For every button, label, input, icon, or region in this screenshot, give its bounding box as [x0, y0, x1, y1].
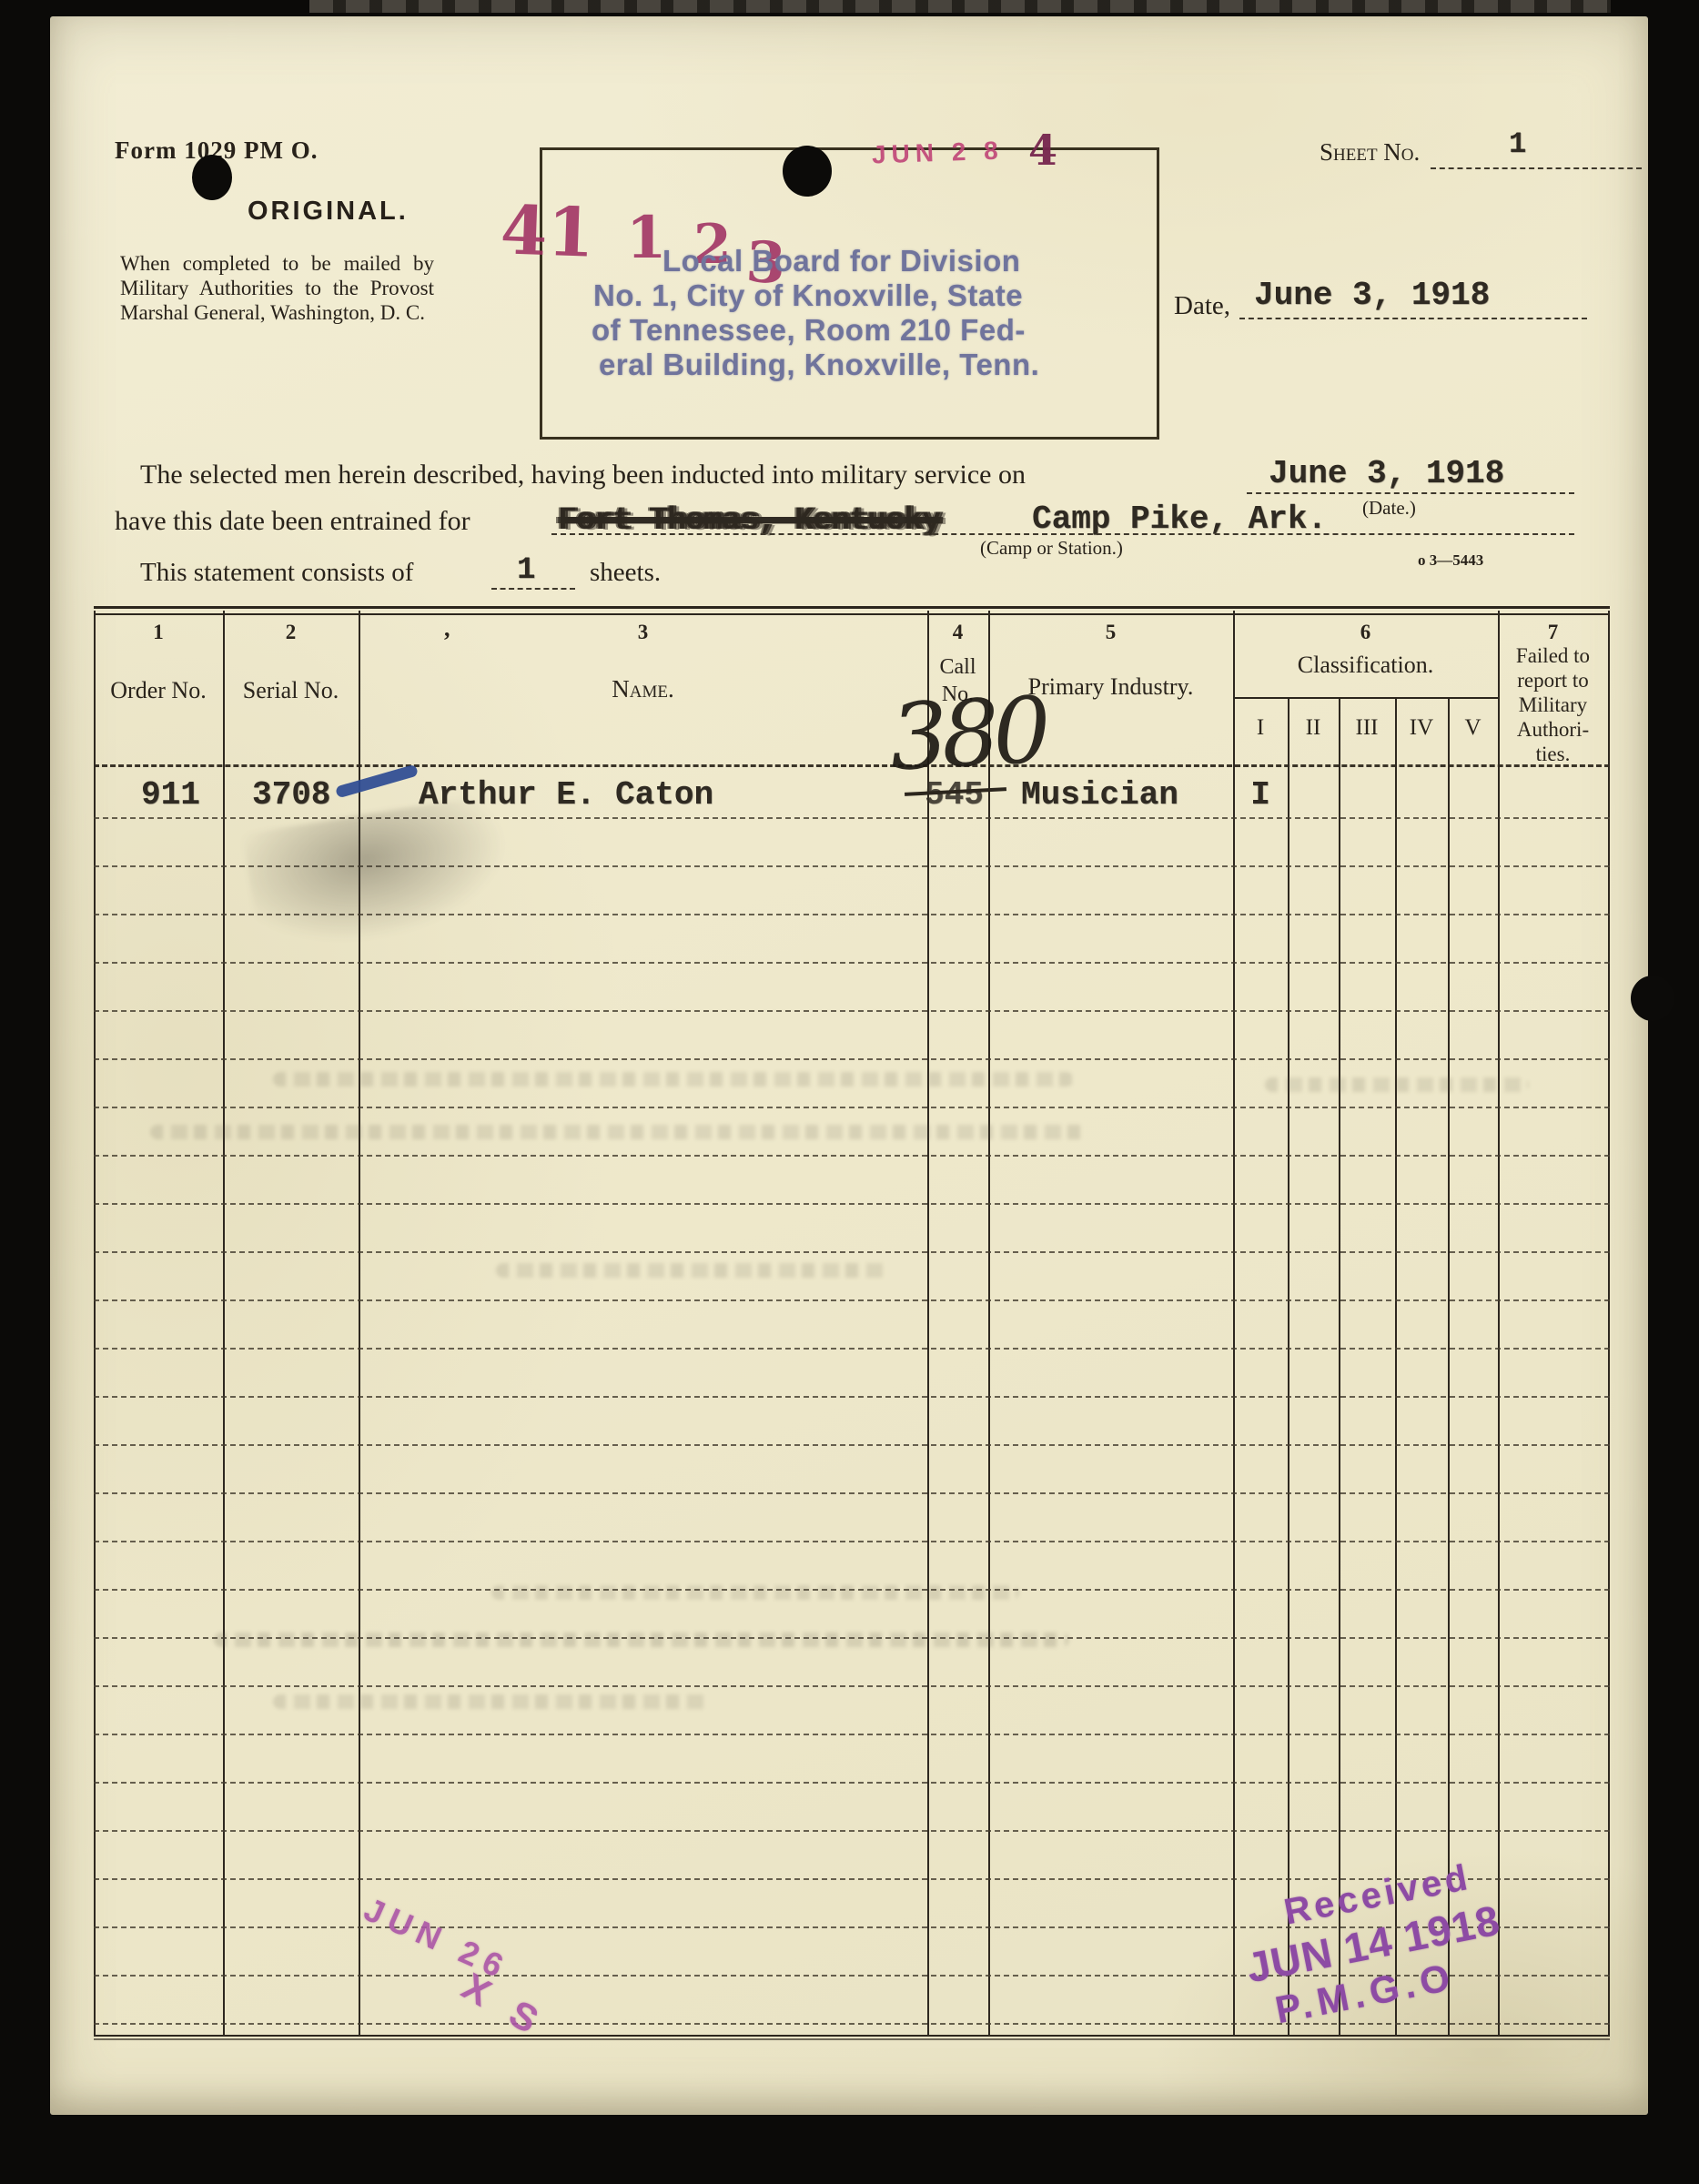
handwritten-call-no: 380: [887, 677, 1047, 792]
bleedthrough-smudge: [273, 1072, 1074, 1087]
print-code: o 3—5443: [1418, 551, 1483, 570]
header-call-line1: Call: [927, 655, 988, 680]
col-num-5: 5: [988, 621, 1233, 644]
destination-caption: (Camp or Station.): [980, 537, 1123, 560]
header-failed-line4: Authori-: [1498, 718, 1608, 742]
table-header-bottom-rule: [94, 764, 1610, 767]
body-sentence-1: The selected men herein described, havin…: [140, 460, 1026, 490]
bleedthrough-smudge: [491, 1585, 1019, 1600]
body-sentence-2: have this date been entrained for: [115, 506, 470, 537]
classification-sub-rule: [1233, 697, 1498, 699]
sheet-no-label: Sheet No.: [1320, 138, 1420, 167]
row1-order-no: 911: [141, 776, 200, 814]
bleedthrough-smudge: [214, 1633, 1069, 1647]
local-board-stamp-line2: No. 1, City of Knoxville, State: [593, 278, 1023, 313]
table-row-line: [94, 1251, 1610, 1253]
col-num-1: 1: [94, 621, 223, 644]
bleedthrough-smudge: [150, 1125, 1087, 1139]
class-divider-2-3: [1339, 699, 1340, 2036]
sheet-no-line: [1431, 167, 1642, 169]
col-divider-industry-class: [1233, 611, 1235, 2036]
header-serial-no: Serial No.: [223, 677, 359, 704]
col-num-3: 3: [359, 621, 927, 644]
header-class-v: V: [1448, 715, 1498, 741]
local-board-stamp-line1: Local Board for Division: [662, 244, 1020, 278]
tally-stamp-1: 1: [626, 204, 667, 272]
col-num-4: 4: [927, 621, 988, 644]
scan-top-edge: [309, 0, 1611, 13]
sheets-word: sheets.: [590, 558, 661, 588]
col-divider-name-call: [927, 611, 929, 2036]
header-failed-line5: ties.: [1498, 743, 1608, 766]
table-row-line: [94, 1734, 1610, 1735]
table-row-line: [94, 1348, 1610, 1350]
class-divider-3-4: [1395, 699, 1397, 2036]
mailing-instructions: When completed to be mailed by Military …: [120, 251, 434, 325]
row1-call-no-struck: 545: [925, 776, 984, 814]
col-num-6: 6: [1233, 621, 1498, 644]
header-class-i: I: [1233, 715, 1288, 741]
class-divider-4-5: [1448, 699, 1450, 2036]
header-class-iii: III: [1339, 715, 1395, 741]
table-row-line: [94, 1107, 1610, 1108]
col-divider-order-serial: [223, 611, 225, 2036]
table-row-line: [94, 1058, 1610, 1060]
table-row-line: [94, 962, 1610, 964]
header-failed-line2: report to: [1498, 669, 1608, 693]
table-row-line: [94, 1830, 1610, 1832]
jun28-date-stamp: JUN 2 8: [871, 136, 1004, 169]
bleedthrough-smudge: [496, 1263, 887, 1278]
header-failed-line3: Military: [1498, 693, 1608, 717]
table-row-line: [94, 817, 1610, 819]
bleedthrough-smudge: [1265, 1077, 1529, 1092]
service-date-caption: (Date.): [1362, 497, 1416, 520]
table-row-line: [94, 1685, 1610, 1687]
service-date-line: [1247, 492, 1574, 494]
table-row-line: [94, 1444, 1610, 1446]
hole-punch-left: [192, 155, 232, 200]
destination-line: [551, 533, 1574, 535]
date-line: [1239, 318, 1587, 319]
header-class-iv: IV: [1395, 715, 1448, 741]
scanned-form-page: Form 1029 PM O. ORIGINAL. When completed…: [0, 0, 1699, 2184]
class-divider-1-2: [1288, 699, 1289, 2036]
bleedthrough-smudge: [273, 1694, 710, 1709]
header-classification: Classification.: [1233, 652, 1498, 679]
original-label: ORIGINAL.: [248, 197, 409, 227]
table-row-line: [94, 1155, 1610, 1157]
row1-serial-no: 3708: [252, 776, 330, 814]
header-class-ii: II: [1288, 715, 1339, 741]
row1-industry: Musician: [1021, 776, 1178, 814]
header-name: Name.: [359, 675, 927, 703]
table-row-line: [94, 1299, 1610, 1301]
header-failed-line1: Failed to: [1498, 644, 1608, 668]
col-num-2: 2: [223, 621, 359, 644]
edge-notch: [1631, 976, 1674, 1021]
col-divider-call-industry: [988, 611, 990, 2036]
col-num-7: 7: [1498, 621, 1608, 644]
col-divider-class-failed: [1498, 611, 1500, 2036]
table-row-line: [94, 1010, 1610, 1012]
table-row-line: [94, 1492, 1610, 1494]
table-row-line: [94, 1782, 1610, 1784]
sheet-no-value: 1: [1509, 127, 1526, 161]
stamp-digit-4: 4: [1028, 126, 1057, 175]
table-row-line: [94, 1396, 1610, 1398]
sheet-count-value: 1: [517, 553, 535, 588]
table-bottom-rule: [94, 2035, 1610, 2037]
table-left-edge: [94, 611, 96, 2036]
body-sentence-3: This statement consists of: [140, 558, 413, 588]
table-right-edge: [1608, 611, 1610, 2036]
service-date-value: June 3, 1918: [1269, 455, 1504, 492]
table-row-line: [94, 2023, 1610, 2025]
destination-value: Camp Pike, Ark.: [1032, 500, 1327, 538]
table-row-line: [94, 1541, 1610, 1542]
date-label: Date,: [1174, 291, 1230, 321]
header-order-no: Order No.: [94, 677, 223, 704]
table-row-line: [94, 1203, 1610, 1205]
local-board-stamp-line3: of Tennessee, Room 210 Fed-: [592, 313, 1026, 348]
table-top-rule: [94, 606, 1610, 615]
hole-punch-right: [783, 146, 832, 197]
sheet-count-line: [491, 588, 575, 590]
local-board-stamp-line4: eral Building, Knoxville, Tenn.: [599, 348, 1039, 382]
tally-stamp-41: 41: [500, 191, 596, 273]
row1-classification: I: [1233, 776, 1288, 814]
date-value: June 3, 1918: [1254, 277, 1490, 314]
